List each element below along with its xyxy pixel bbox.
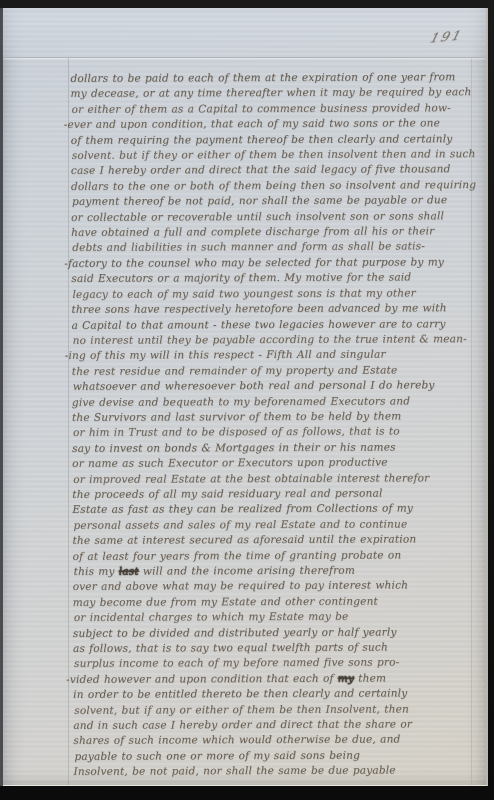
text-line: debts and liabilities in such manner and…	[72, 241, 475, 258]
text-line: the proceeds of all my said residuary re…	[72, 487, 476, 504]
text-line: -vided however and upon condition that e…	[66, 672, 477, 689]
text-line: may become due from my Estate and other …	[73, 595, 477, 612]
text-line: or either of them as a Capital to commen…	[72, 102, 475, 119]
text-line: have obtained a full and complete discha…	[71, 225, 475, 242]
text-line: over and above what may be required to p…	[73, 580, 477, 597]
text-line: personal assets and sales of my real Est…	[73, 518, 476, 535]
text-line: give devise and bequeath to my beforenam…	[72, 395, 476, 412]
text-line: -factory to the counsel who may be selec…	[64, 256, 475, 273]
text-line: dollars to be paid to each of them at th…	[70, 71, 474, 88]
text-line: the same at interest secured as aforesai…	[72, 533, 476, 550]
text-line: a Capital to that amount - these two leg…	[72, 318, 476, 335]
text-line: or collectable or recoverable until such…	[71, 210, 475, 227]
text-line: or name as such Executor or Executors up…	[72, 456, 476, 473]
text-line: payment thereof be not paid, nor shall t…	[72, 194, 475, 211]
text-line: said Executors or a majority of them. My…	[71, 271, 475, 288]
text-line: the Survivors and last survivor of them …	[72, 410, 476, 427]
text-line: payable to such one or more of my said s…	[74, 749, 477, 766]
overlapping-page-edge	[3, 8, 486, 58]
text-line: as follows, that is to say two equal twe…	[73, 641, 477, 658]
text-line: whatsoever and wheresoever both real and…	[73, 379, 476, 396]
struck-word: last	[119, 566, 139, 578]
text-line: or improved real Estate at the best obta…	[73, 472, 476, 489]
text-line: legacy to each of my said two youngest s…	[72, 287, 475, 304]
struck-word: my	[338, 672, 354, 684]
text-line: case I hereby order and direct that the …	[71, 164, 475, 181]
text-line: solvent. but if they or either of them b…	[72, 148, 475, 165]
text-line: of them requiring the payment thereof be…	[71, 133, 475, 150]
text-line: in order to be entitled thereto be then …	[73, 687, 477, 704]
text-line: Estate as fast as they can be realized f…	[72, 502, 476, 519]
text-line: solvent, but if any or either of them be…	[74, 703, 477, 720]
text-line: dollars to the one or both of them being…	[71, 179, 475, 196]
text-line: or incidental charges to which my Estate…	[74, 610, 477, 627]
text-line: shares of such income which would otherw…	[73, 734, 477, 751]
text-line: or him in Trust and to be disposed of as…	[73, 425, 476, 442]
text-line: subject to be divided and distributed ye…	[73, 626, 477, 643]
text-line: -ing of this my will in this respect - F…	[65, 348, 476, 365]
text-line: no interest until they be payable accord…	[73, 333, 476, 350]
photo-frame: 191 dollars to be paid to each of them a…	[0, 0, 494, 800]
text-line: say to invest on bonds & Mortgages in th…	[72, 441, 476, 458]
text-line: the rest residue and remainder of my pro…	[72, 364, 476, 381]
manuscript-text: dollars to be paid to each of them at th…	[70, 71, 477, 781]
text-line: Insolvent, be not paid, nor shall the sa…	[73, 764, 477, 781]
text-line: of at least four years from the time of …	[73, 549, 477, 566]
text-line: surplus income to each of my before name…	[74, 657, 477, 674]
text-line: this my last will and the income arising…	[74, 564, 477, 581]
text-line: -ever and upon condition, that each of m…	[64, 117, 475, 134]
text-line: my decease, or at any time thereafter wh…	[71, 87, 475, 104]
text-line: three sons have respectively heretofore …	[71, 302, 475, 319]
manuscript-page: 191 dollars to be paid to each of them a…	[3, 8, 488, 786]
text-line: and in such case I hereby order and dire…	[73, 718, 477, 735]
